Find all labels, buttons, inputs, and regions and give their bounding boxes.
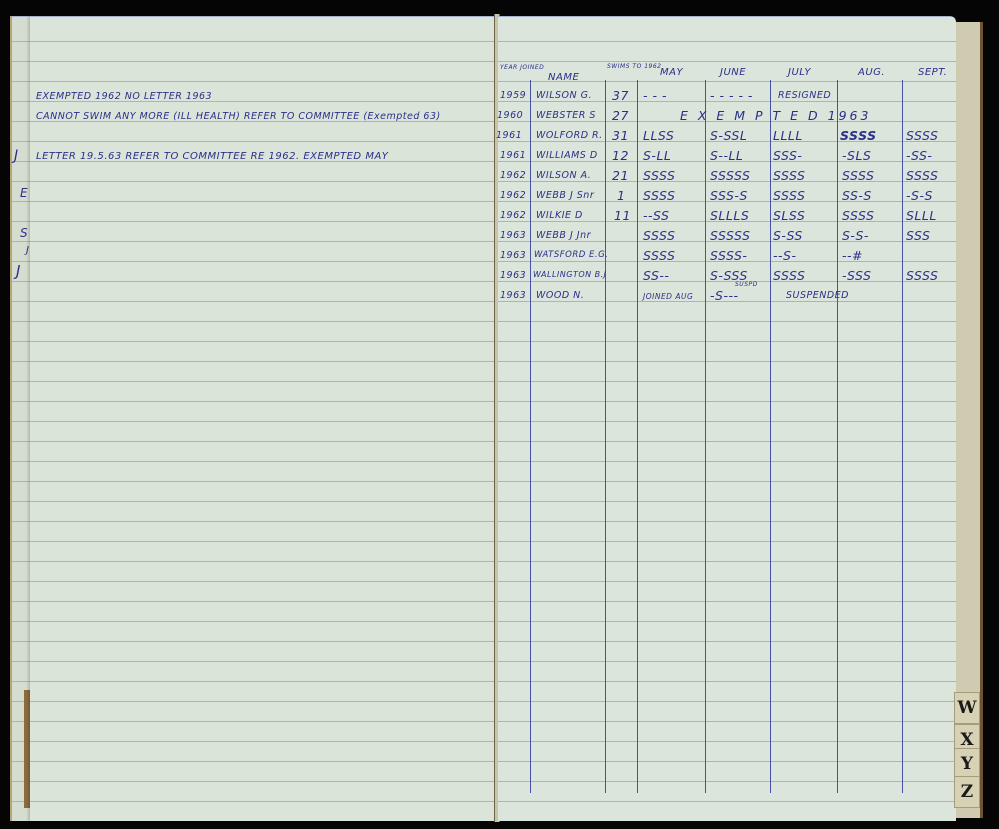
cell-sept: SLLL <box>906 208 937 223</box>
cell-year: 1959 <box>500 90 526 101</box>
cell-june: SLLLS <box>710 208 749 223</box>
column-rule <box>902 80 903 793</box>
cell-sept: SSSS <box>906 128 938 143</box>
cell-year: 1961 <box>496 130 522 141</box>
cell-july: SUSPENDED <box>786 290 849 301</box>
cell-aug: SSSS <box>840 128 877 143</box>
cell-may: --SS <box>643 208 669 223</box>
cell-july: SSSS <box>773 188 805 203</box>
cell-swims: 37 <box>612 88 629 103</box>
column-rule <box>530 80 531 793</box>
cell-swims: 27 <box>612 108 629 123</box>
cell-july: RESIGNED <box>778 90 831 101</box>
column-rule <box>637 80 638 793</box>
cell-june: - - - - - <box>710 88 753 103</box>
cell-name: WEBB J Jnr <box>536 230 591 241</box>
header-aug: AUG. <box>858 67 885 78</box>
cell-may: SSSS <box>643 188 675 203</box>
cell-july: S-SS <box>773 228 803 243</box>
index-tab-z[interactable]: Z <box>954 776 980 808</box>
cell-sept: SSSS <box>906 168 938 183</box>
cell-swims: 21 <box>612 168 629 183</box>
cell-swims: 31 <box>612 128 629 143</box>
column-rule <box>770 80 771 793</box>
cell-sept: -S-S <box>906 188 933 203</box>
cell-year: 1960 <box>497 110 523 121</box>
cell-name: WILSON A. <box>536 170 591 181</box>
cell-name: WEBB J Snr <box>536 190 594 201</box>
cell-name: WEBSTER S <box>536 110 596 121</box>
header-name: NAME <box>548 72 579 83</box>
cell-sept: SSS <box>906 228 930 243</box>
cell-june: SSSSS <box>710 228 750 243</box>
margin-mark: S <box>20 226 28 240</box>
header-year-joined: YEAR JOINED <box>500 64 528 71</box>
header-sept: SEPT. <box>918 67 947 78</box>
cell-june: S-SSL <box>710 128 747 143</box>
note-line: LETTER 19.5.63 REFER TO COMMITTEE RE 196… <box>36 151 388 162</box>
cell-may: JOINED AUG <box>643 292 693 301</box>
note-line: EXEMPTED 1962 NO LETTER 1963 <box>36 91 212 102</box>
cell-may: SSSS <box>643 168 675 183</box>
cell-year: 1962 <box>500 170 526 181</box>
header-swims: SWIMS TO 1962 <box>607 63 635 70</box>
note-line: CANNOT SWIM ANY MORE (ILL HEALTH) REFER … <box>36 111 441 122</box>
cell-year: 1963 <box>500 250 526 261</box>
cell-name: WILKIE D <box>536 210 583 221</box>
cell-year: 1961 <box>500 150 526 161</box>
header-may: MAY <box>660 67 683 78</box>
cell-july: SSS- <box>773 148 802 163</box>
cell-july: SSSS <box>773 268 805 283</box>
cell-june-superscript: SUSPD <box>735 281 758 288</box>
cell-may: SSSS <box>643 228 675 243</box>
cell-name: WOOD N. <box>536 290 584 301</box>
cell-name: WILSON G. <box>536 90 592 101</box>
cell-june: SSSSS <box>710 168 750 183</box>
margin-mark: J <box>16 262 21 280</box>
cell-may: LLSS <box>643 128 674 143</box>
row-span-note: E X E M P T E D 1963 <box>680 108 871 123</box>
cell-swims: 11 <box>614 208 631 223</box>
left-page <box>30 16 496 821</box>
cell-may: - - - <box>643 88 667 103</box>
cell-june: SSSS- <box>710 248 747 263</box>
cell-year: 1962 <box>500 210 526 221</box>
cell-name: WILLIAMS D <box>536 150 598 161</box>
cell-aug: SSSS <box>842 208 874 223</box>
column-rule <box>705 80 706 793</box>
cell-name: WATSFORD E.G. <box>534 250 608 260</box>
cell-year: 1963 <box>500 270 526 281</box>
header-july: JULY <box>788 67 811 78</box>
cell-may: SS-- <box>643 268 669 283</box>
margin-mark: J <box>14 148 19 164</box>
column-rule <box>605 80 606 793</box>
cell-june: SSS-S <box>710 188 748 203</box>
cell-year: 1963 <box>500 230 526 241</box>
cell-may: SSSS <box>643 248 675 263</box>
cell-year: 1963 <box>500 290 526 301</box>
cell-aug: SSSS <box>842 168 874 183</box>
cell-aug: SS-S <box>842 188 872 203</box>
column-rule <box>837 80 838 793</box>
cell-july: LLLL <box>773 128 803 143</box>
cell-name: WALLINGTON B.J <box>533 270 607 279</box>
cell-aug: S-S- <box>842 228 869 243</box>
margin-mark: E <box>20 186 28 200</box>
cell-year: 1962 <box>500 190 526 201</box>
cell-sept: -SS- <box>906 148 932 163</box>
cell-aug: -SLS <box>842 148 871 163</box>
cell-swims: 12 <box>612 148 629 163</box>
cell-june: -S--- <box>710 288 738 303</box>
cell-may: S-LL <box>643 148 671 163</box>
header-june: JUNE <box>720 67 746 78</box>
cell-sept: SSSS <box>906 268 938 283</box>
cell-july: SLSS <box>773 208 805 223</box>
cell-name: WOLFORD R. <box>536 130 603 141</box>
cell-aug: -SSS <box>842 268 871 283</box>
cell-july: SSSS <box>773 168 805 183</box>
cell-aug: --# <box>842 248 863 263</box>
index-tab-w[interactable]: W <box>954 692 980 724</box>
cell-july: --S- <box>773 248 796 263</box>
cell-june: S--LL <box>710 148 743 163</box>
cell-swims: 1 <box>617 188 625 203</box>
margin-mark: J <box>26 245 29 256</box>
